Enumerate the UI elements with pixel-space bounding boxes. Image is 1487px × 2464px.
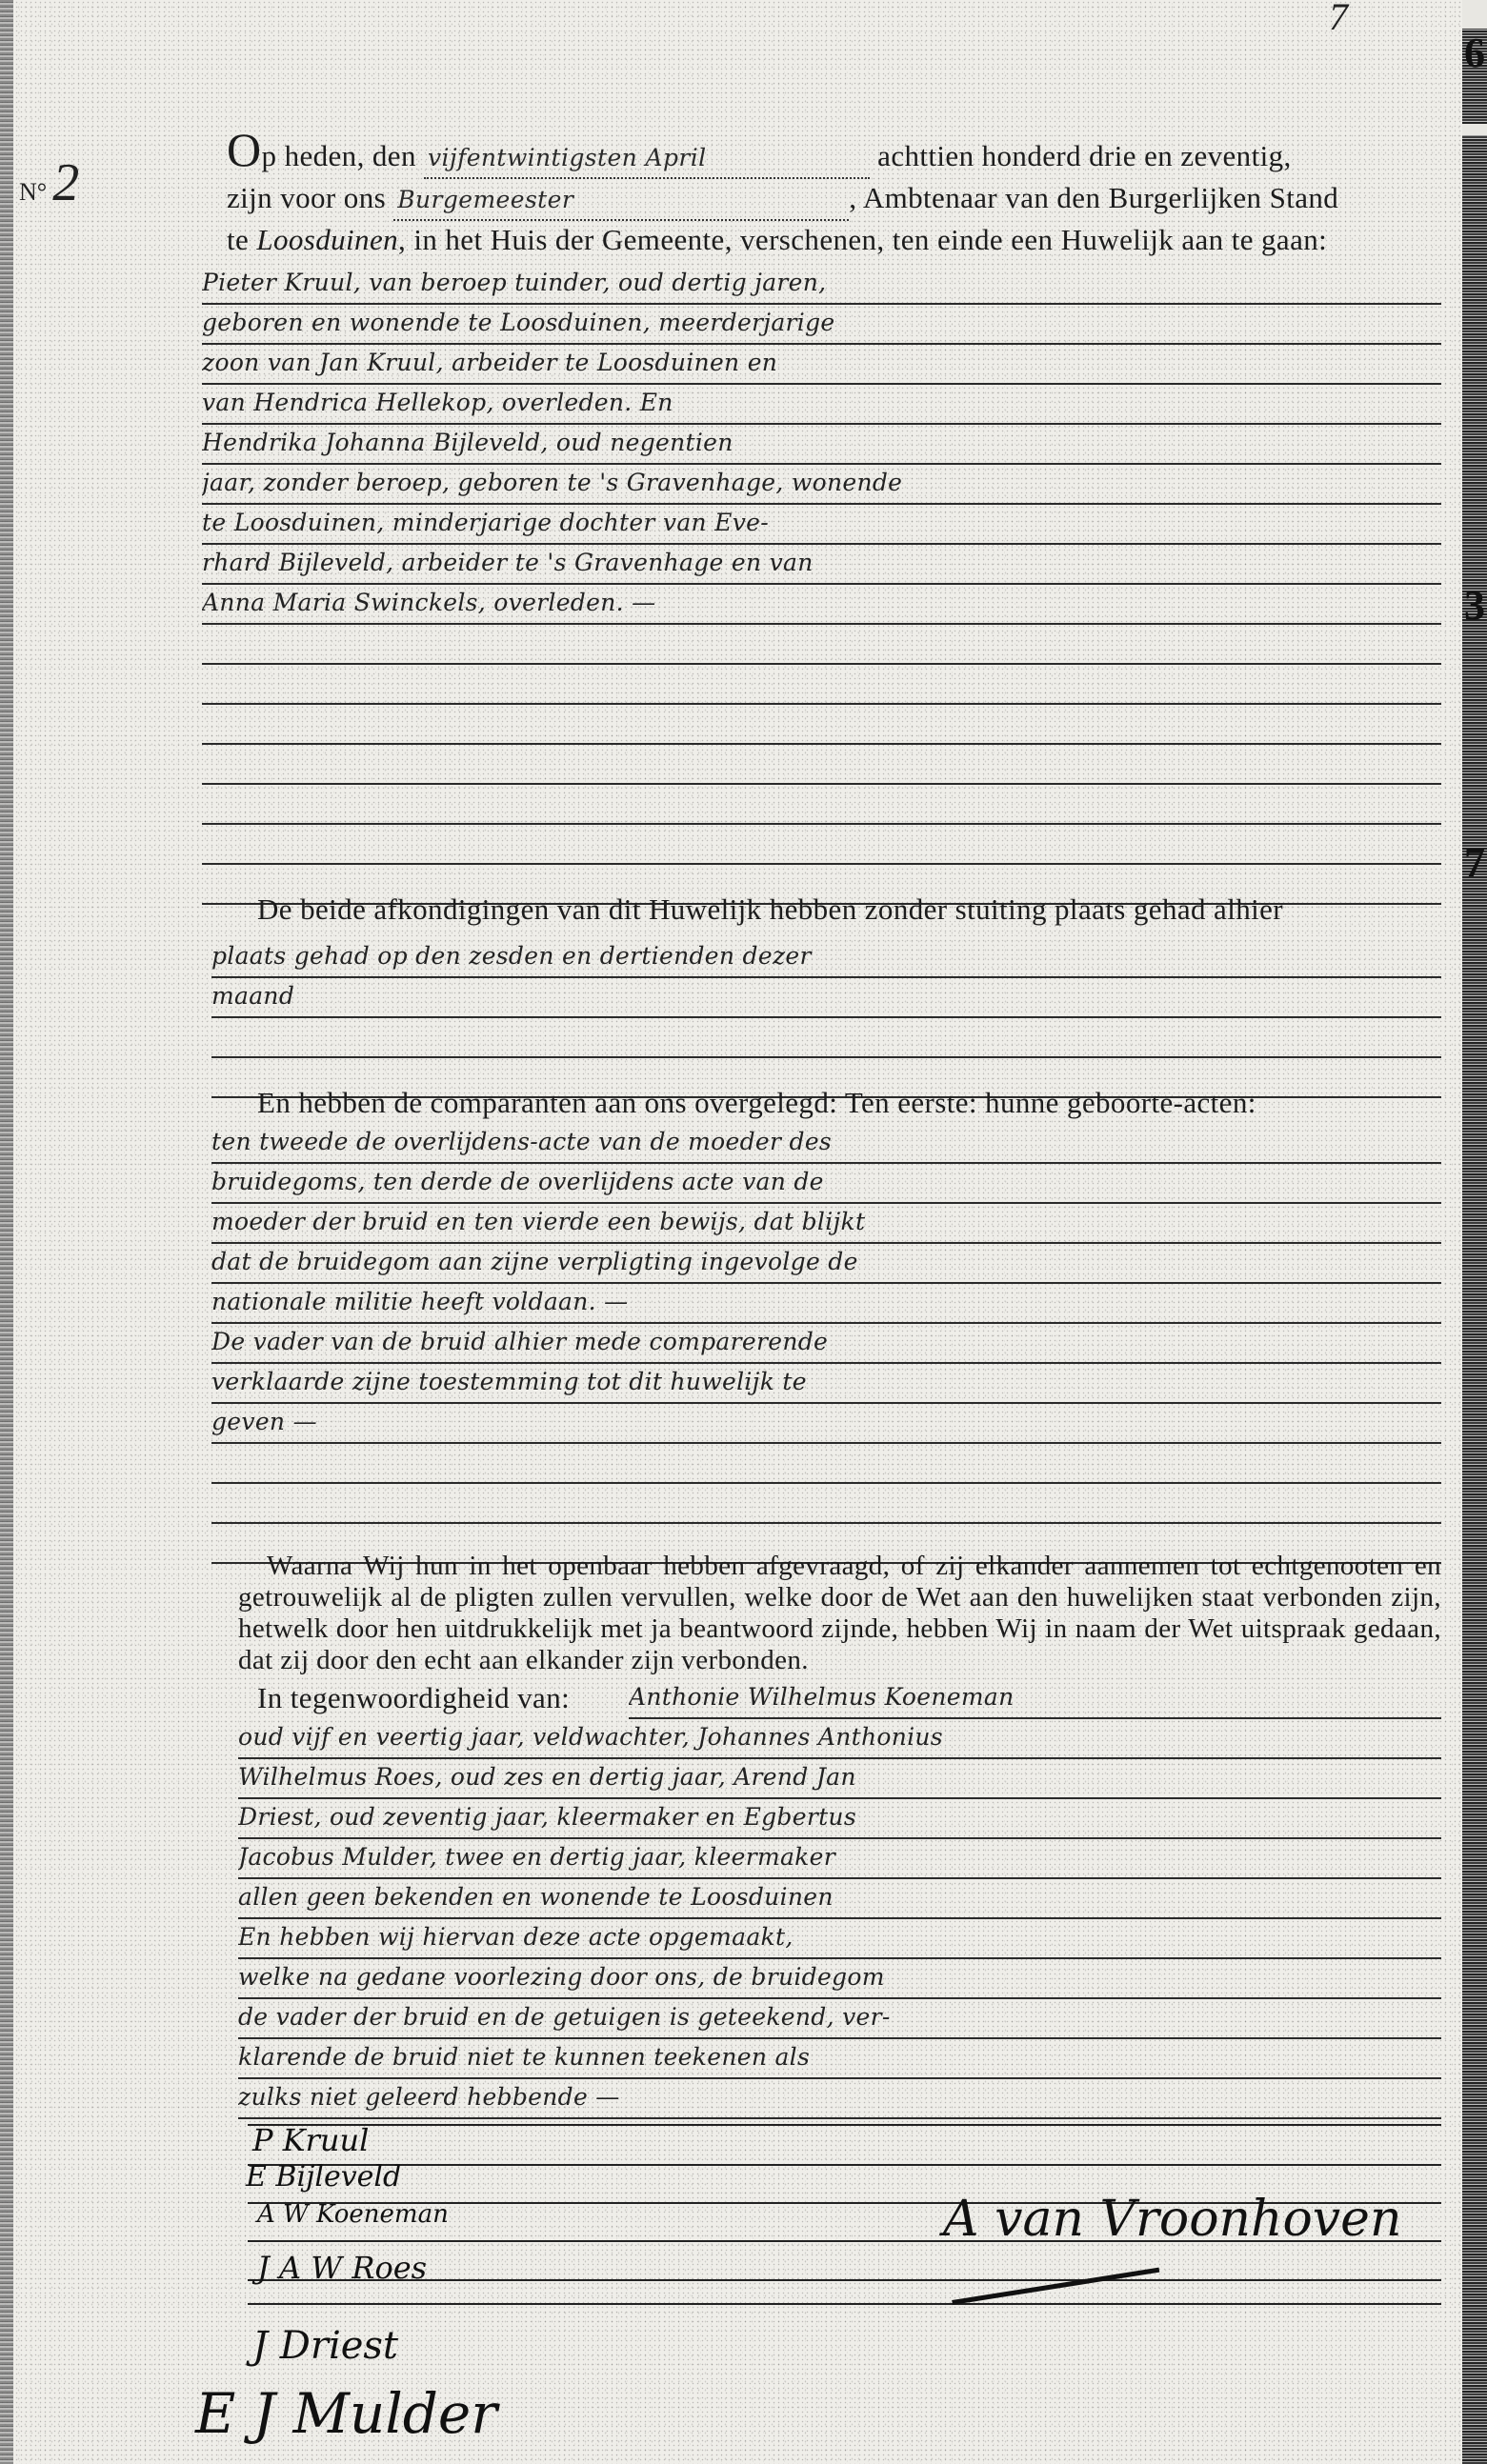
edge-tab-2: 3 <box>1464 581 1485 630</box>
parties-line: zoon van Jan Kruul, arbeider te Loosduin… <box>202 345 1441 385</box>
documents-line: dat de bruidegom aan zijne verpligting i… <box>211 1244 1441 1284</box>
witnesses-line: Driest, oud zeventig jaar, kleermaker en… <box>238 1799 1441 1839</box>
signature-groom: P Kruul <box>252 2122 369 2158</box>
opening-text-2: achttien honderd drie en zeventig, <box>877 139 1292 172</box>
parties-line <box>202 625 1441 665</box>
signature-father-of-bride: E Bijleveld <box>246 2160 401 2194</box>
witness-line-first: Anthonie Wilhelmus Koeneman <box>629 1679 1441 1719</box>
folio-mark: 7 <box>1329 0 1348 39</box>
witnesses-line: Jacobus Mulder, twee en dertig jaar, kle… <box>238 1839 1441 1879</box>
documents-line: geven — <box>211 1404 1441 1444</box>
parties-line: rhard Bijleveld, arbeider te 's Gravenha… <box>202 545 1441 585</box>
parties-line: Anna Maria Swinckels, overleden. — <box>202 585 1441 625</box>
witnesses-line: En hebben wij hiervan deze acte opgemaak… <box>238 1919 1441 1959</box>
signature-witness-3: J Driest <box>252 2324 398 2368</box>
parties-line: van Hendrica Hellekop, overleden. En <box>202 385 1441 425</box>
documents-printed: En hebben de comparanten aan ons overgel… <box>257 1084 1441 1122</box>
place-name: Loosduinen <box>256 223 398 256</box>
witnesses-line: Wilhelmus Roes, oud zes en dertig jaar, … <box>238 1759 1441 1799</box>
parties-line: jaar, zonder beroep, geboren te 's Grave… <box>202 465 1441 505</box>
documents-line: moeder der bruid en ten vierde een bewij… <box>211 1204 1441 1244</box>
parties-line <box>202 705 1441 745</box>
edge-tab-3: 7 <box>1464 838 1485 887</box>
documents-line: verklaarde zijne toestemming tot dit huw… <box>211 1364 1441 1404</box>
opening-paragraph: Op heden, den vijfentwintigsten April ac… <box>227 135 1441 259</box>
witnesses-line: welke na gedane voorlezing door ons, de … <box>238 1959 1441 1999</box>
documents-line: ten tweede de overlijdens-acte van de mo… <box>211 1124 1441 1164</box>
proclamations-line <box>211 1018 1441 1058</box>
witnesses-line: klarende de bruid niet te kunnen teekene… <box>238 2039 1441 2079</box>
proclamations-line: plaats gehad op den zesden en dertienden… <box>211 938 1441 978</box>
signature-line-1 <box>248 2124 1441 2126</box>
witnesses-line: oud vijf en veertig jaar, veldwachter, J… <box>238 1719 1441 1759</box>
signature-witness-2: J A W Roes <box>257 2250 427 2286</box>
act-number: N°2 <box>19 152 79 213</box>
drop-cap: O <box>227 123 262 176</box>
parties-line: Pieter Kruul, van beroep tuinder, oud de… <box>202 265 1441 305</box>
scan-right-edge-tabs: 6 3 7 <box>1462 0 1487 2464</box>
signature-line-6 <box>248 2303 1441 2305</box>
opening-text-4: , Ambtenaar van den Burgerlijken Stand <box>849 181 1338 214</box>
parties-line: te Loosduinen, minderjarige dochter van … <box>202 505 1441 545</box>
signature-official: A van Vroonhoven <box>943 2191 1401 2248</box>
opening-text-3: zijn voor ons <box>227 181 386 214</box>
parties-line <box>202 785 1441 825</box>
documents-line: nationale militie heeft voldaan. — <box>211 1284 1441 1324</box>
ceremony-paragraph: Waarna Wij hun in het openbaar hebben af… <box>238 1551 1441 1676</box>
documents-line: bruidegoms, ten derde de overlijdens act… <box>211 1164 1441 1204</box>
parties-line <box>202 665 1441 705</box>
date-field: vijfentwintigsten April <box>424 139 870 179</box>
proclamations-line: maand <box>211 978 1441 1018</box>
signature-line-2 <box>248 2164 1441 2166</box>
documents-line: De vader van de bruid alhier mede compar… <box>211 1324 1441 1364</box>
witnesses-line: zulks niet geleerd hebbende — <box>238 2079 1441 2119</box>
documents-line <box>211 1484 1441 1524</box>
parties-line: geboren en wonende te Loosduinen, meerde… <box>202 305 1441 345</box>
official-field: Burgemeester <box>393 181 849 221</box>
parties-line <box>202 745 1441 785</box>
documents-line <box>211 1444 1441 1484</box>
act-number-label: N° <box>19 178 47 206</box>
opening-text-1: p heden, den <box>262 139 416 172</box>
signature-witness-4: E J Mulder <box>195 2381 497 2446</box>
scan-left-edge <box>0 0 13 2464</box>
witnesses-line: de vader der bruid en de getuigen is get… <box>238 1999 1441 2039</box>
witnesses-printed: In tegenwoordigheid van: <box>257 1679 619 1717</box>
opening-text-5: te <box>227 223 249 256</box>
parties-line: Hendrika Johanna Bijleveld, oud negentie… <box>202 425 1441 465</box>
witnesses-line: allen geen bekenden en wonende te Loosdu… <box>238 1879 1441 1919</box>
edge-tab-1: 6 <box>1464 29 1485 77</box>
proclamations-printed: De beide afkondigingen van dit Huwelijk … <box>257 891 1441 929</box>
signature-witness-1: A W Koeneman <box>257 2200 449 2229</box>
opening-text-6: , in het Huis der Gemeente, verschenen, … <box>398 223 1327 256</box>
act-number-value: 2 <box>52 153 79 212</box>
parties-line <box>202 825 1441 865</box>
